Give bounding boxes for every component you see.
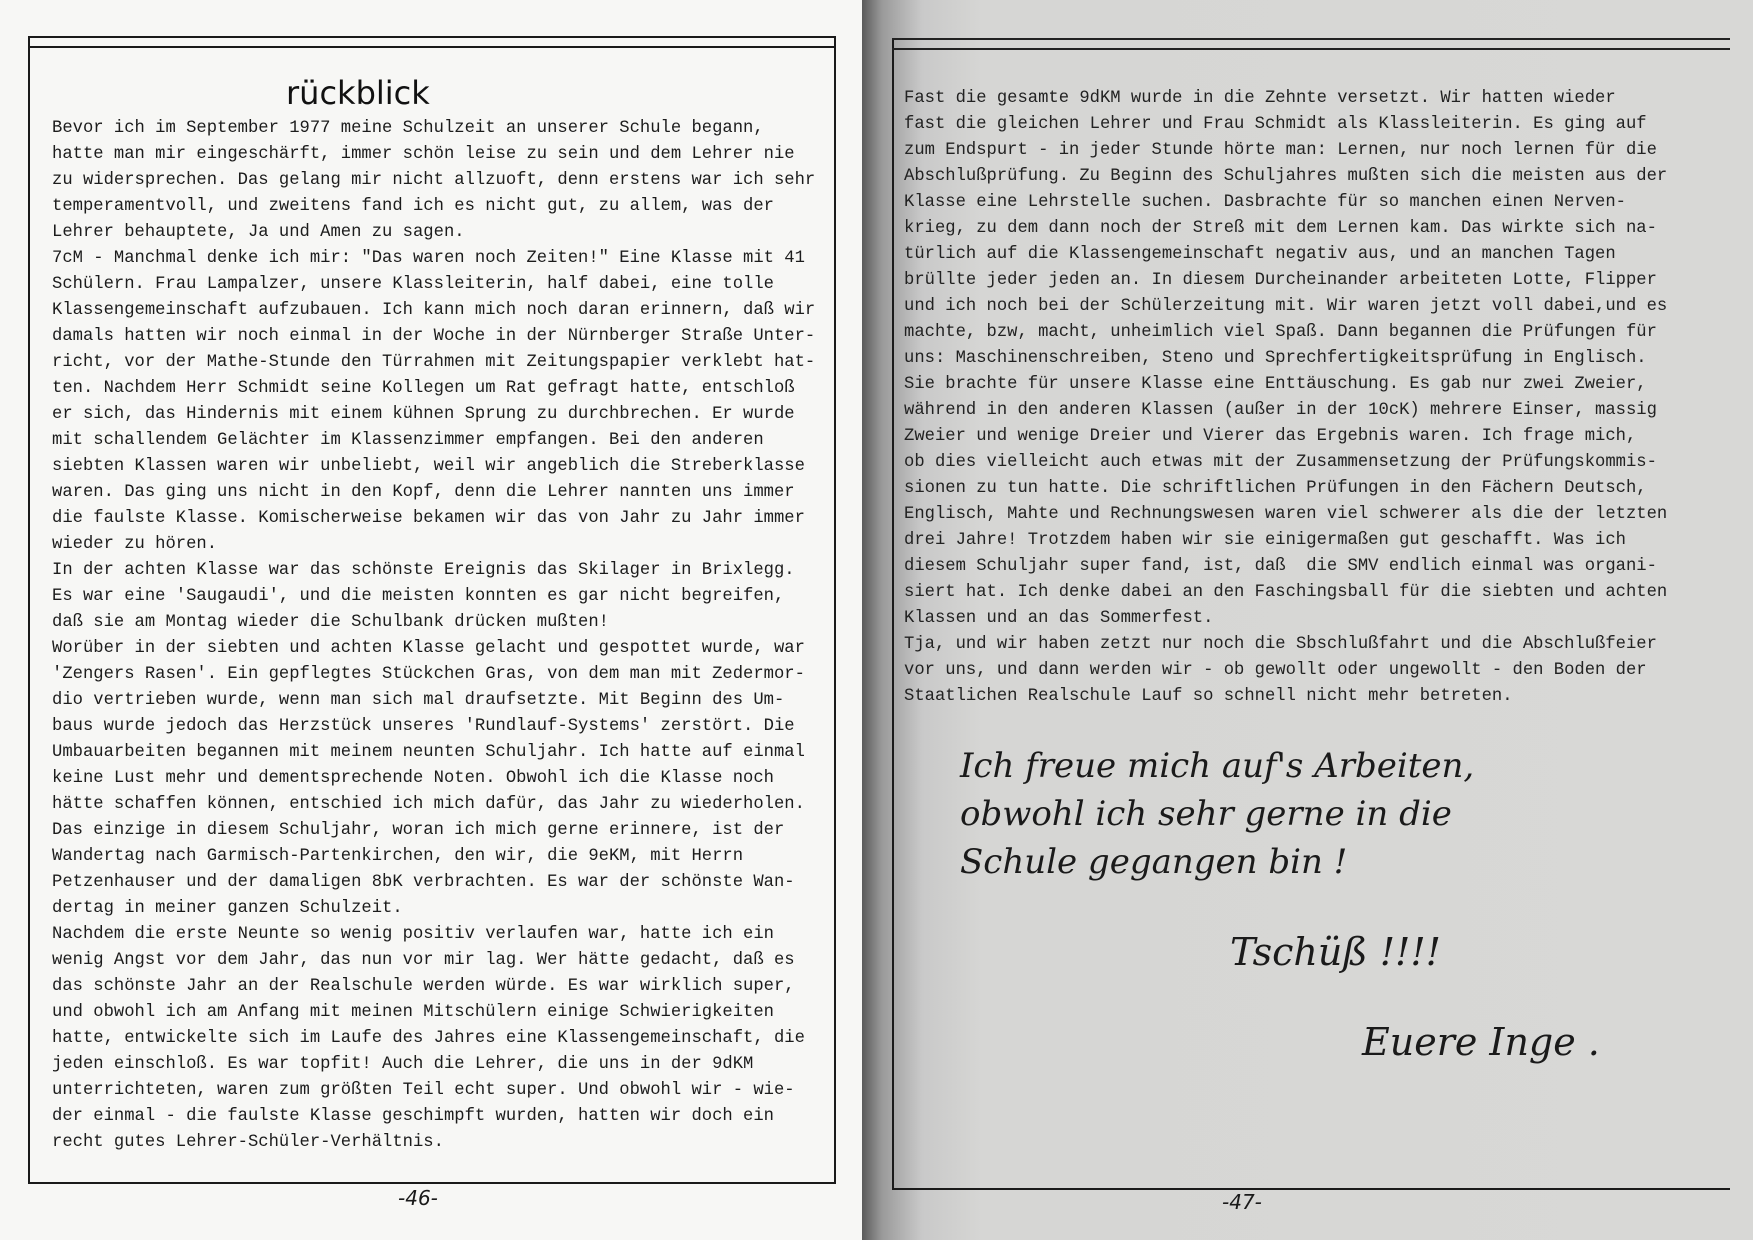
text-line: und obwohl ich am Anfang mit meinen Mits…	[52, 1000, 815, 1026]
text-line: ob dies vielleicht auch etwas mit der Zu…	[904, 450, 1667, 476]
text-line: Abschlußprüfung. Zu Beginn des Schuljahr…	[904, 164, 1667, 190]
text-line: krieg, zu dem dann noch der Streß mit de…	[904, 216, 1667, 242]
right-page-body-text: Fast die gesamte 9dKM wurde in die Zehnt…	[904, 86, 1667, 710]
text-line: hatte, entwickelte sich im Laufe des Jah…	[52, 1026, 815, 1052]
text-line: recht gutes Lehrer-Schüler-Verhältnis.	[52, 1130, 815, 1156]
text-line: baus wurde jedoch das Herzstück unseres …	[52, 714, 815, 740]
text-line: richt, vor der Mathe-Stunde den Türrahme…	[52, 350, 815, 376]
handwritten-farewell: Tschüß !!!!	[1230, 930, 1441, 974]
text-line: wenig Angst vor dem Jahr, das nun vor mi…	[52, 948, 815, 974]
right-page: Fast die gesamte 9dKM wurde in die Zehnt…	[862, 0, 1753, 1240]
left-page: rückblick Bevor ich im September 1977 me…	[0, 0, 862, 1240]
left-page-body-text: Bevor ich im September 1977 meine Schulz…	[52, 116, 815, 1156]
border-line	[28, 36, 836, 38]
text-line: Es war eine 'Saugaudi', und die meisten …	[52, 584, 815, 610]
text-line: hatte man mir eingeschärft, immer schön …	[52, 142, 815, 168]
border-line	[892, 38, 1730, 40]
text-line: die faulste Klasse. Komischerweise bekam…	[52, 506, 815, 532]
text-line: Umbauarbeiten begannen mit meinem neunte…	[52, 740, 815, 766]
text-line: Fast die gesamte 9dKM wurde in die Zehnt…	[904, 86, 1667, 112]
text-line: während in den anderen Klassen (außer in…	[904, 398, 1667, 424]
text-line: Staatlichen Realschule Lauf so schnell n…	[904, 684, 1667, 710]
text-line: hätte schaffen können, entschied ich mic…	[52, 792, 815, 818]
text-line: zu widersprechen. Das gelang mir nicht a…	[52, 168, 815, 194]
text-line: sionen zu tun hatte. Die schriftlichen P…	[904, 476, 1667, 502]
text-line: machte, bzw, macht, unheimlich viel Spaß…	[904, 320, 1667, 346]
text-line: Tja, und wir haben zetzt nur noch die Sb…	[904, 632, 1667, 658]
text-line: keine Lust mehr und dementsprechende Not…	[52, 766, 815, 792]
text-line: siebten Klassen waren wir unbeliebt, wei…	[52, 454, 815, 480]
text-line: Lehrer behauptete, Ja und Amen zu sagen.	[52, 220, 815, 246]
border-line	[892, 48, 1730, 50]
border-line	[28, 46, 836, 48]
text-line: Nachdem die erste Neunte so wenig positi…	[52, 922, 815, 948]
text-line: Wandertag nach Garmisch-Partenkirchen, d…	[52, 844, 815, 870]
text-line: Das einzige in diesem Schuljahr, woran i…	[52, 818, 815, 844]
text-line: fast die gleichen Lehrer und Frau Schmid…	[904, 112, 1667, 138]
text-line: jeden einschloß. Es war topfit! Auch die…	[52, 1052, 815, 1078]
text-line: dertag in meiner ganzen Schulzeit.	[52, 896, 815, 922]
text-line: Petzenhauser und der damaligen 8bK verbr…	[52, 870, 815, 896]
text-line: wieder zu hören.	[52, 532, 815, 558]
text-line: das schönste Jahr an der Realschule werd…	[52, 974, 815, 1000]
text-line: siert hat. Ich denke dabei an den Faschi…	[904, 580, 1667, 606]
text-line: temperamentvoll, und zweitens fand ich e…	[52, 194, 815, 220]
text-line: waren. Das ging uns nicht in den Kopf, d…	[52, 480, 815, 506]
text-line: Worüber in der siebten und achten Klasse…	[52, 636, 815, 662]
text-line: 7cM - Manchmal denke ich mir: "Das waren…	[52, 246, 815, 272]
text-line: damals hatten wir noch einmal in der Woc…	[52, 324, 815, 350]
page-number-right: -47-	[1222, 1190, 1262, 1214]
text-line: ten. Nachdem Herr Schmidt seine Kollegen…	[52, 376, 815, 402]
handwritten-note: Ich freue mich auf's Arbeiten, obwohl ic…	[960, 742, 1474, 886]
text-line: unterrichteten, waren zum größten Teil e…	[52, 1078, 815, 1104]
text-line: diesem Schuljahr super fand, ist, daß di…	[904, 554, 1667, 580]
article-title: rückblick	[286, 74, 430, 112]
text-line: türlich auf die Klassengemeinschaft nega…	[904, 242, 1667, 268]
text-line: er sich, das Hindernis mit einem kühnen …	[52, 402, 815, 428]
text-line: 'Zengers Rasen'. Ein gepflegtes Stückche…	[52, 662, 815, 688]
text-line: Bevor ich im September 1977 meine Schulz…	[52, 116, 815, 142]
text-line: dio vertrieben wurde, wenn man sich mal …	[52, 688, 815, 714]
text-line: brüllte jeder jeden an. In diesem Durche…	[904, 268, 1667, 294]
text-line: In der achten Klasse war das schönste Er…	[52, 558, 815, 584]
text-line: Zweier und wenige Dreier und Vierer das …	[904, 424, 1667, 450]
text-line: Klassen und an das Sommerfest.	[904, 606, 1667, 632]
page-number-left: -46-	[398, 1186, 438, 1210]
text-line: uns: Maschinenschreiben, Steno und Sprec…	[904, 346, 1667, 372]
text-line: Englisch, Mahte und Rechnungswesen waren…	[904, 502, 1667, 528]
text-line: und ich noch bei der Schülerzeitung mit.…	[904, 294, 1667, 320]
text-line: mit schallendem Gelächter im Klassenzimm…	[52, 428, 815, 454]
text-line: Klasse eine Lehrstelle suchen. Dasbracht…	[904, 190, 1667, 216]
text-line: drei Jahre! Trotzdem haben wir sie einig…	[904, 528, 1667, 554]
text-line: der einmal - die faulste Klasse geschimp…	[52, 1104, 815, 1130]
handwritten-signature: Euere Inge .	[1362, 1020, 1600, 1064]
text-line: Schülern. Frau Lampalzer, unsere Klassle…	[52, 272, 815, 298]
text-line: vor uns, und dann werden wir - ob gewoll…	[904, 658, 1667, 684]
text-line: Sie brachte für unsere Klasse eine Enttä…	[904, 372, 1667, 398]
text-line: Klassengemeinschaft aufzubauen. Ich kann…	[52, 298, 815, 324]
text-line: zum Endspurt - in jeder Stunde hörte man…	[904, 138, 1667, 164]
text-line: daß sie am Montag wieder die Schulbank d…	[52, 610, 815, 636]
